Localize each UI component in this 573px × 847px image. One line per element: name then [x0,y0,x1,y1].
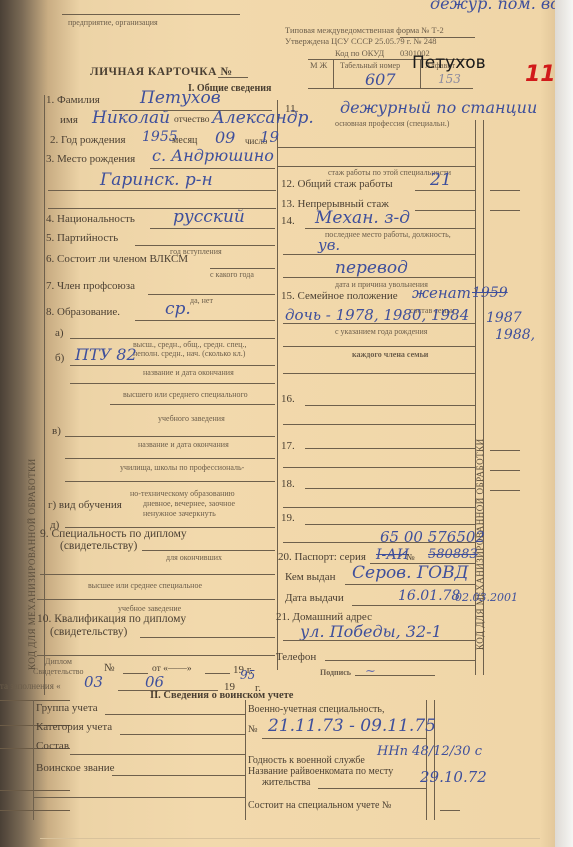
dismissal-value-2: перевод [335,258,408,278]
f17-code-line [490,470,520,471]
passport-label: 20. Паспорт: серия [278,551,366,563]
union-line [148,294,275,295]
children-caption-1: с указанием года рождения [335,327,427,336]
patronymic-label: отчество [174,115,210,125]
diploma-label-1: Диплом [45,657,72,666]
passport-no-old: 580883 [428,547,478,562]
edu-institution-caption: учебного заведения [158,414,225,423]
fitness-value: ННп 48/12/30 с [377,744,482,759]
personnel-card-t2: предприятие, организация дежур. пом. вос… [0,0,556,847]
children-line [283,346,475,347]
name-label: имя [60,114,78,126]
edu-a-label: а) [55,327,64,339]
mil-specialty-label: Военно-учетная специальность, [248,704,384,715]
signature-scribble: ~ [365,664,376,679]
f18-line [305,488,475,489]
staff-line [70,754,245,755]
komsomol-caption: с какого года [210,270,254,279]
profession-line [278,147,475,148]
enlistment-label-1: Название райвоенкомата по месту [248,766,393,777]
f19-line [305,524,475,525]
red-index-mark: 11 [525,62,556,87]
birthplace-label: 3. Место рождения [46,153,135,165]
surname-label: 1. Фамилия [46,94,100,106]
enlistment-label-2: жительства [262,777,310,788]
org-caption: предприятие, организация [68,18,158,27]
education-line [135,320,275,321]
org-line [62,14,240,15]
mil-no-label: № [248,724,258,735]
issued-by-line [345,584,475,585]
header-grid-divider [333,60,334,88]
birth-day-value: 19 [260,128,279,146]
dismissal-value-1: ув. [318,236,340,254]
gender-label: М Ж [310,60,327,70]
mil-service-value: 21.11.73 - 09.11.75 [268,716,436,736]
nationality-line [150,228,275,229]
study-type-hint: ненужное зачеркнуть [143,509,216,518]
rank-line [112,775,245,776]
union-label: 7. Член профсоюза [46,280,135,292]
last-job-value: Механ. з-д [315,208,410,228]
specialty-label-1: 9. Специальность по диплому [40,528,187,540]
last-job-caption: последнее место работы, должность, [325,230,451,239]
f18-code-line [490,490,520,491]
frame-middle [277,100,278,670]
nationality-label: 4. Национальность [46,213,135,225]
edu-b-value: ПТУ 82 [75,345,137,364]
cont-exp-line [415,210,475,211]
dismissal-line [283,277,475,278]
children-caption-2: каждого члена семьи [352,350,428,359]
form-line-2: Утверждена ЦСУ СССР 25.05.79 г. № 248 [285,36,436,46]
edu-school-caption: училища, школы по профессиональ- [120,463,244,472]
children-extra-2: 1988, [495,327,535,343]
children-value: дочь - 1978, 1980, 1984 [285,306,469,324]
komsomol-label: 6. Состоит ли членом ВЛКСМ [46,253,188,265]
card-number-line [218,77,248,78]
frame-left [44,95,45,695]
section2-frame-left [33,700,34,820]
f17-code-line [490,450,520,451]
address-value: ул. Победы, 32-1 [300,622,442,641]
last-job-line [305,228,475,229]
issue-date-new: 02.03.2001 [455,591,518,604]
phone-line [325,660,475,661]
specialty-line [37,599,275,600]
profession-line [278,166,475,167]
total-exp-value: 21 [430,170,452,190]
sticker-surname: Петухов [412,53,486,73]
mechanized-code-label-left: КОД ДЛЯ МЕХАНИЗИРОВАННОЙ ОБРАБОТКИ [27,290,37,670]
edu-tech-caption: но-техническому образованию [130,489,235,498]
edu-levels-caption-1: высш., средн., общ., средн. спец., [133,340,246,349]
address-line [283,640,475,641]
union-caption: да, нет [190,296,213,305]
edu-line [70,383,275,384]
nationality-value: русский [173,207,245,227]
rank-line-2 [33,797,245,798]
diploma-no-label: № [104,662,115,674]
study-type-options: дневное, вечернее, заочное [143,499,235,508]
paper-bottom-edge [40,838,540,839]
specialty-caption-1: для окончивших [166,553,222,562]
education-value: ср. [165,299,191,319]
f16-line [305,405,475,406]
total-exp-label: 12. Общий стаж работы [281,178,393,190]
party-line [135,245,275,246]
phone-label: Телефон [276,651,316,663]
rank-label: Воинское звание [36,762,114,774]
passport-new-value: 65 00 576502 [380,528,485,546]
specialty-line [40,574,275,575]
issue-date-label: Дата выдачи [285,592,344,604]
f17-line [305,448,475,449]
fill-date-label: Дата заполнения « [0,681,61,691]
card-title: ЛИЧНАЯ КАРТОЧКА № [90,66,232,78]
surname-value: Петухов [140,88,221,108]
enlistment-value: 29.10.72 [420,768,487,786]
f14-num: 14. [281,215,295,227]
edu-b-label: б) [55,352,64,364]
signature-label: Подпись [320,668,351,677]
dismissal-line [283,254,475,255]
total-exp-code-line [490,190,520,191]
birthplace-line-2 [48,190,276,191]
special-record-label: Состоит на специальном учете № [248,800,391,811]
scanner-edge [555,0,573,847]
family-value-year: 1959 [472,285,508,301]
birthplace-value-1: с. Андрюшино [152,146,274,165]
f18-line [283,507,475,508]
f11-num: 11. [285,103,298,115]
issued-by-label: Кем выдан [285,571,335,583]
edu-a-line [70,338,275,339]
f18-num: 18. [281,478,295,490]
profession-value: дежурный по станции [340,98,537,117]
f19-num: 19. [281,512,295,524]
mil-no-line [262,738,426,739]
fill-month-value: 06 [145,673,164,691]
specialty-caption-3: учебное заведение [118,604,181,613]
edu-higher-caption: высшего или среднего специального [123,390,248,399]
alpha-value: 153 [438,72,461,86]
group-label: Группа учета [36,702,98,714]
staff-label: Состав [36,740,69,752]
profession-caption: основная профессия (специальн.) [335,119,449,128]
edu-name-date-caption-2: название и дата окончания [138,440,229,449]
form-line-1: Типовая междуведомственная форма № Т-2 [285,25,444,35]
name-value: Николай [92,108,170,128]
passport-no-label: № [406,552,415,562]
f17-num: 17. [281,440,295,452]
children-line [283,373,475,374]
category-label: Категория учета [36,721,112,733]
fitness-label: Годность к военной службе [248,755,365,766]
birthplace-value-2: Гаринск. р-н [100,170,213,190]
f16-num: 16. [281,393,295,405]
diploma-label-2: Свидетельство [33,667,83,676]
category-line [120,734,245,735]
specialty-line [142,550,275,551]
section2-title: II. Сведения о воинском учете [150,690,293,701]
tabnum-label: Табельный номер [340,61,400,70]
passport-series-old: I-АИ [376,547,409,563]
tabnum-value: 607 [365,70,396,89]
specialty-label-2: (свидетельству) [60,540,137,552]
children-line [283,323,475,324]
edu-line [110,404,275,405]
issue-date-line [352,605,475,606]
special-record-line [440,810,460,811]
edu-name-date-caption: название и дата окончания [143,368,234,377]
cont-exp-code-line [490,210,520,211]
f16-line [283,424,475,425]
edu-line [65,458,275,459]
edu-levels-caption-2: неполн. средн., нач. (сколько кл.) [133,349,245,358]
birth-year-label: 2. Год рождения [50,134,126,146]
study-type-label: г) вид обучения [48,499,122,511]
okud-label: Код по ОКУД [335,48,384,58]
issued-by-value: Серов. ГОВД [352,563,468,583]
edu-v-label: в) [52,425,61,437]
qualification-label-1: 10. Квалификация по диплому [37,613,186,625]
edu-v-line [65,436,275,437]
total-exp-line [415,190,475,191]
group-line [105,714,245,715]
qualification-line [140,637,275,638]
birth-month-value: 09 [215,128,235,147]
komsomol-line [210,268,275,269]
qualification-label-2: (свидетельству) [50,626,127,638]
diploma-date-line [205,673,230,674]
f17-line [283,467,475,468]
family-label: 15. Семейное положение [281,290,398,302]
edu-line [65,481,275,482]
education-label: 8. Образование. [46,306,120,318]
edu-b-line [70,365,275,366]
fill-year-value: 95 [240,668,255,682]
issue-date-old: 16.01.78 [398,588,460,604]
specialty-caption-2: высшее или среднее специальное [88,581,202,590]
qualification-line [37,655,275,656]
birth-month-label: месяц [172,135,197,146]
top-handwritten-note: дежур. пом. вос. [430,0,573,13]
family-value: женат [412,284,471,302]
patronymic-value: Александр. [212,108,314,128]
section2-frame-middle [245,700,246,820]
children-extra-1: 1987 [486,310,522,326]
fill-day-value: 03 [84,673,103,691]
enlistment-line [318,788,426,789]
birthplace-line-1 [150,168,275,169]
party-label: 5. Партийность [46,232,118,244]
